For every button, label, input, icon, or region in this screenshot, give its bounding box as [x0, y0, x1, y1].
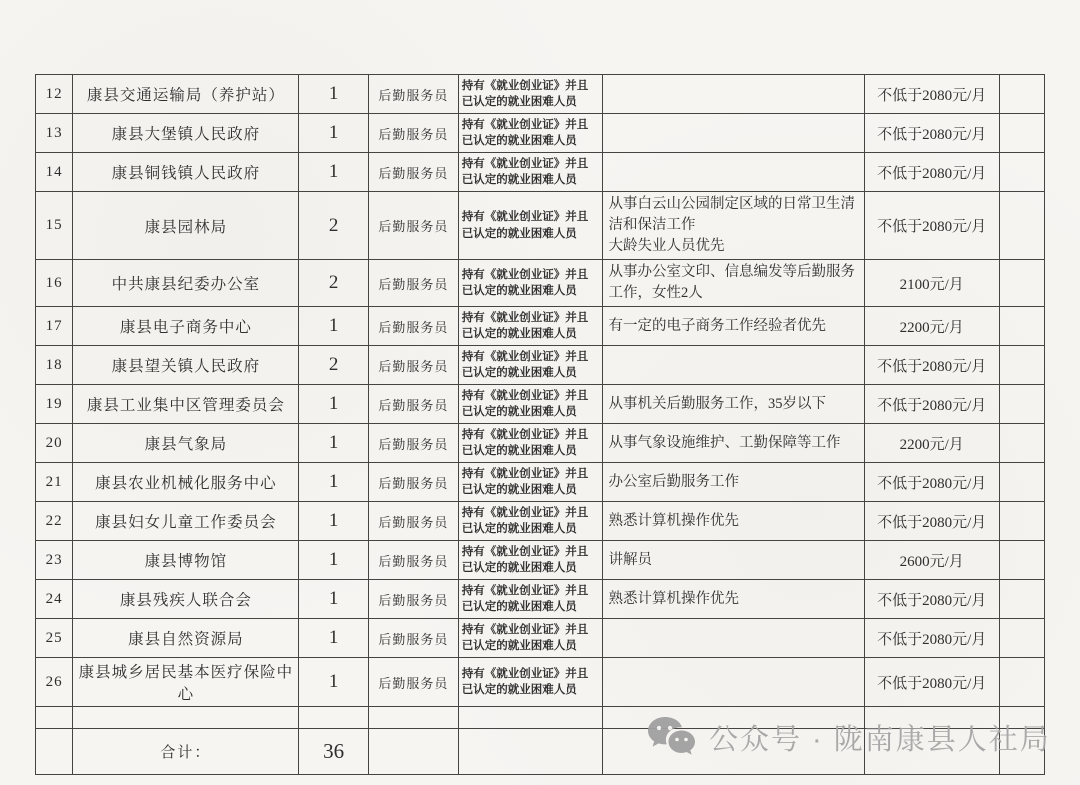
row-number-cell: 26: [36, 658, 73, 707]
table-row: 24康县残疾人联合会1后勤服务员持有《就业创业证》并且已认定的就业困难人员熟悉计…: [36, 580, 1045, 619]
empty-cell: [999, 619, 1044, 658]
requirement-cell: 持有《就业创业证》并且已认定的就业困难人员: [458, 619, 602, 658]
requirement-cell: 持有《就业创业证》并且已认定的就业困难人员: [458, 114, 602, 153]
empty-cell: [368, 729, 458, 775]
position-cell: 后勤服务员: [368, 114, 458, 153]
watermark: 公众号 · 陇南康县人社局: [645, 714, 1051, 760]
empty-cell: [999, 385, 1044, 424]
salary-cell: 不低于2080元/月: [864, 153, 999, 192]
requirement-cell: 持有《就业创业证》并且已认定的就业困难人员: [458, 75, 602, 114]
note-cell: 从事气象设施维护、工勤保障等工作: [602, 424, 864, 463]
empty-cell: [999, 502, 1044, 541]
requirement-cell: 持有《就业创业证》并且已认定的就业困难人员: [458, 463, 602, 502]
headcount-cell: 2: [299, 192, 369, 260]
table-row: 22康县妇女儿童工作委员会1后勤服务员持有《就业创业证》并且已认定的就业困难人员…: [36, 502, 1045, 541]
employer-cell: 康县电子商务中心: [73, 307, 299, 346]
empty-cell: [458, 707, 602, 729]
row-number-cell: 22: [36, 502, 73, 541]
requirement-cell: 持有《就业创业证》并且已认定的就业困难人员: [458, 541, 602, 580]
note-cell: [602, 619, 864, 658]
salary-cell: 不低于2080元/月: [864, 619, 999, 658]
empty-cell: [999, 153, 1044, 192]
empty-cell: [458, 729, 602, 775]
employer-cell: 康县自然资源局: [73, 619, 299, 658]
salary-cell: 2200元/月: [864, 307, 999, 346]
salary-cell: 不低于2080元/月: [864, 580, 999, 619]
employer-cell: 康县城乡居民基本医疗保险中心: [73, 658, 299, 707]
salary-cell: 2600元/月: [864, 541, 999, 580]
salary-cell: 不低于2080元/月: [864, 463, 999, 502]
row-number-cell: 13: [36, 114, 73, 153]
position-cell: 后勤服务员: [368, 385, 458, 424]
requirement-cell: 持有《就业创业证》并且已认定的就业困难人员: [458, 658, 602, 707]
headcount-cell: 2: [299, 260, 369, 307]
empty-cell: [999, 307, 1044, 346]
empty-cell: [999, 346, 1044, 385]
empty-cell: [999, 580, 1044, 619]
headcount-cell: 1: [299, 580, 369, 619]
row-number-cell: 24: [36, 580, 73, 619]
employer-cell: 康县农业机械化服务中心: [73, 463, 299, 502]
table-row: 14康县铜钱镇人民政府1后勤服务员持有《就业创业证》并且已认定的就业困难人员不低…: [36, 153, 1045, 192]
row-number-cell: 17: [36, 307, 73, 346]
headcount-cell: 1: [299, 619, 369, 658]
headcount-cell: 1: [299, 658, 369, 707]
position-cell: 后勤服务员: [368, 541, 458, 580]
headcount-cell: 1: [299, 502, 369, 541]
empty-cell: [368, 707, 458, 729]
employer-cell: 康县大堡镇人民政府: [73, 114, 299, 153]
employer-cell: 康县残疾人联合会: [73, 580, 299, 619]
employer-cell: 康县气象局: [73, 424, 299, 463]
employer-cell: 康县博物馆: [73, 541, 299, 580]
row-number-cell: 15: [36, 192, 73, 260]
empty-cell: [36, 707, 73, 729]
requirement-cell: 持有《就业创业证》并且已认定的就业困难人员: [458, 192, 602, 260]
employer-cell: 康县工业集中区管理委员会: [73, 385, 299, 424]
position-cell: 后勤服务员: [368, 346, 458, 385]
employer-cell: 康县铜钱镇人民政府: [73, 153, 299, 192]
table-row: 13康县大堡镇人民政府1后勤服务员持有《就业创业证》并且已认定的就业困难人员不低…: [36, 114, 1045, 153]
row-number-cell: 12: [36, 75, 73, 114]
empty-cell: [999, 114, 1044, 153]
position-cell: 后勤服务员: [368, 463, 458, 502]
table-row: 15康县园林局2后勤服务员持有《就业创业证》并且已认定的就业困难人员从事白云山公…: [36, 192, 1045, 260]
table-row: 20康县气象局1后勤服务员持有《就业创业证》并且已认定的就业困难人员从事气象设施…: [36, 424, 1045, 463]
salary-cell: 不低于2080元/月: [864, 385, 999, 424]
row-number-cell: 14: [36, 153, 73, 192]
note-cell: 讲解员: [602, 541, 864, 580]
position-cell: 后勤服务员: [368, 260, 458, 307]
note-cell: [602, 346, 864, 385]
empty-cell: [999, 658, 1044, 707]
note-cell: [602, 75, 864, 114]
note-cell: 从事办公室文印、信息编发等后勤服务工作，女性2人: [602, 260, 864, 307]
note-cell: 有一定的电子商务工作经验者优先: [602, 307, 864, 346]
position-cell: 后勤服务员: [368, 658, 458, 707]
note-cell: [602, 114, 864, 153]
empty-cell: [73, 707, 299, 729]
empty-cell: [299, 707, 369, 729]
employer-cell: 康县交通运输局（养护站）: [73, 75, 299, 114]
requirement-cell: 持有《就业创业证》并且已认定的就业困难人员: [458, 307, 602, 346]
position-cell: 后勤服务员: [368, 153, 458, 192]
salary-cell: 不低于2080元/月: [864, 192, 999, 260]
note-cell: 熟悉计算机操作优先: [602, 580, 864, 619]
position-cell: 后勤服务员: [368, 424, 458, 463]
employer-cell: 康县妇女儿童工作委员会: [73, 502, 299, 541]
requirement-cell: 持有《就业创业证》并且已认定的就业困难人员: [458, 385, 602, 424]
note-cell: 从事白云山公园制定区域的日常卫生清洁和保洁工作 大龄失业人员优先: [602, 192, 864, 260]
position-cell: 后勤服务员: [368, 307, 458, 346]
position-cell: 后勤服务员: [368, 502, 458, 541]
requirement-cell: 持有《就业创业证》并且已认定的就业困难人员: [458, 580, 602, 619]
note-cell: [602, 153, 864, 192]
document-page: 12康县交通运输局（养护站）1后勤服务员持有《就业创业证》并且已认定的就业困难人…: [35, 74, 1045, 775]
headcount-cell: 1: [299, 541, 369, 580]
salary-cell: 不低于2080元/月: [864, 75, 999, 114]
headcount-cell: 1: [299, 75, 369, 114]
requirement-cell: 持有《就业创业证》并且已认定的就业困难人员: [458, 502, 602, 541]
wechat-icon: [645, 714, 697, 760]
empty-cell: [999, 75, 1044, 114]
headcount-cell: 1: [299, 385, 369, 424]
position-cell: 后勤服务员: [368, 75, 458, 114]
table-row: 25康县自然资源局1后勤服务员持有《就业创业证》并且已认定的就业困难人员不低于2…: [36, 619, 1045, 658]
row-number-cell: 21: [36, 463, 73, 502]
total-label-cell: 合计：: [73, 729, 299, 775]
note-cell: 从事机关后勤服务工作，35岁以下: [602, 385, 864, 424]
requirement-cell: 持有《就业创业证》并且已认定的就业困难人员: [458, 424, 602, 463]
table-row: 18康县望关镇人民政府2后勤服务员持有《就业创业证》并且已认定的就业困难人员不低…: [36, 346, 1045, 385]
row-number-cell: 18: [36, 346, 73, 385]
row-number-cell: 20: [36, 424, 73, 463]
row-number-cell: 25: [36, 619, 73, 658]
headcount-cell: 1: [299, 424, 369, 463]
table-row: 19康县工业集中区管理委员会1后勤服务员持有《就业创业证》并且已认定的就业困难人…: [36, 385, 1045, 424]
salary-cell: 不低于2080元/月: [864, 346, 999, 385]
note-cell: [602, 658, 864, 707]
job-table-body: 12康县交通运输局（养护站）1后勤服务员持有《就业创业证》并且已认定的就业困难人…: [36, 75, 1045, 775]
salary-cell: 2200元/月: [864, 424, 999, 463]
requirement-cell: 持有《就业创业证》并且已认定的就业困难人员: [458, 153, 602, 192]
position-cell: 后勤服务员: [368, 580, 458, 619]
requirement-cell: 持有《就业创业证》并且已认定的就业困难人员: [458, 260, 602, 307]
salary-cell: 不低于2080元/月: [864, 114, 999, 153]
empty-cell: [999, 260, 1044, 307]
row-number-cell: 23: [36, 541, 73, 580]
job-postings-table: 12康县交通运输局（养护站）1后勤服务员持有《就业创业证》并且已认定的就业困难人…: [35, 74, 1045, 775]
empty-cell: [999, 463, 1044, 502]
table-row: 17康县电子商务中心1后勤服务员持有《就业创业证》并且已认定的就业困难人员有一定…: [36, 307, 1045, 346]
empty-cell: [999, 541, 1044, 580]
headcount-cell: 1: [299, 114, 369, 153]
position-cell: 后勤服务员: [368, 192, 458, 260]
headcount-cell: 1: [299, 307, 369, 346]
row-number-cell: 19: [36, 385, 73, 424]
empty-cell: [999, 424, 1044, 463]
requirement-cell: 持有《就业创业证》并且已认定的就业困难人员: [458, 346, 602, 385]
headcount-cell: 1: [299, 463, 369, 502]
total-value-cell: 36: [299, 729, 369, 775]
salary-cell: 2100元/月: [864, 260, 999, 307]
empty-cell: [36, 729, 73, 775]
table-row: 12康县交通运输局（养护站）1后勤服务员持有《就业创业证》并且已认定的就业困难人…: [36, 75, 1045, 114]
note-cell: 办公室后勤服务工作: [602, 463, 864, 502]
employer-cell: 康县望关镇人民政府: [73, 346, 299, 385]
note-cell: 熟悉计算机操作优先: [602, 502, 864, 541]
table-row: 16中共康县纪委办公室2后勤服务员持有《就业创业证》并且已认定的就业困难人员从事…: [36, 260, 1045, 307]
employer-cell: 康县园林局: [73, 192, 299, 260]
headcount-cell: 2: [299, 346, 369, 385]
salary-cell: 不低于2080元/月: [864, 502, 999, 541]
watermark-text: 公众号 · 陇南康县人社局: [709, 717, 1051, 758]
table-row: 21康县农业机械化服务中心1后勤服务员持有《就业创业证》并且已认定的就业困难人员…: [36, 463, 1045, 502]
table-row: 23康县博物馆1后勤服务员持有《就业创业证》并且已认定的就业困难人员讲解员260…: [36, 541, 1045, 580]
empty-cell: [999, 192, 1044, 260]
salary-cell: 不低于2080元/月: [864, 658, 999, 707]
headcount-cell: 1: [299, 153, 369, 192]
row-number-cell: 16: [36, 260, 73, 307]
employer-cell: 中共康县纪委办公室: [73, 260, 299, 307]
table-row: 26康县城乡居民基本医疗保险中心1后勤服务员持有《就业创业证》并且已认定的就业困…: [36, 658, 1045, 707]
position-cell: 后勤服务员: [368, 619, 458, 658]
